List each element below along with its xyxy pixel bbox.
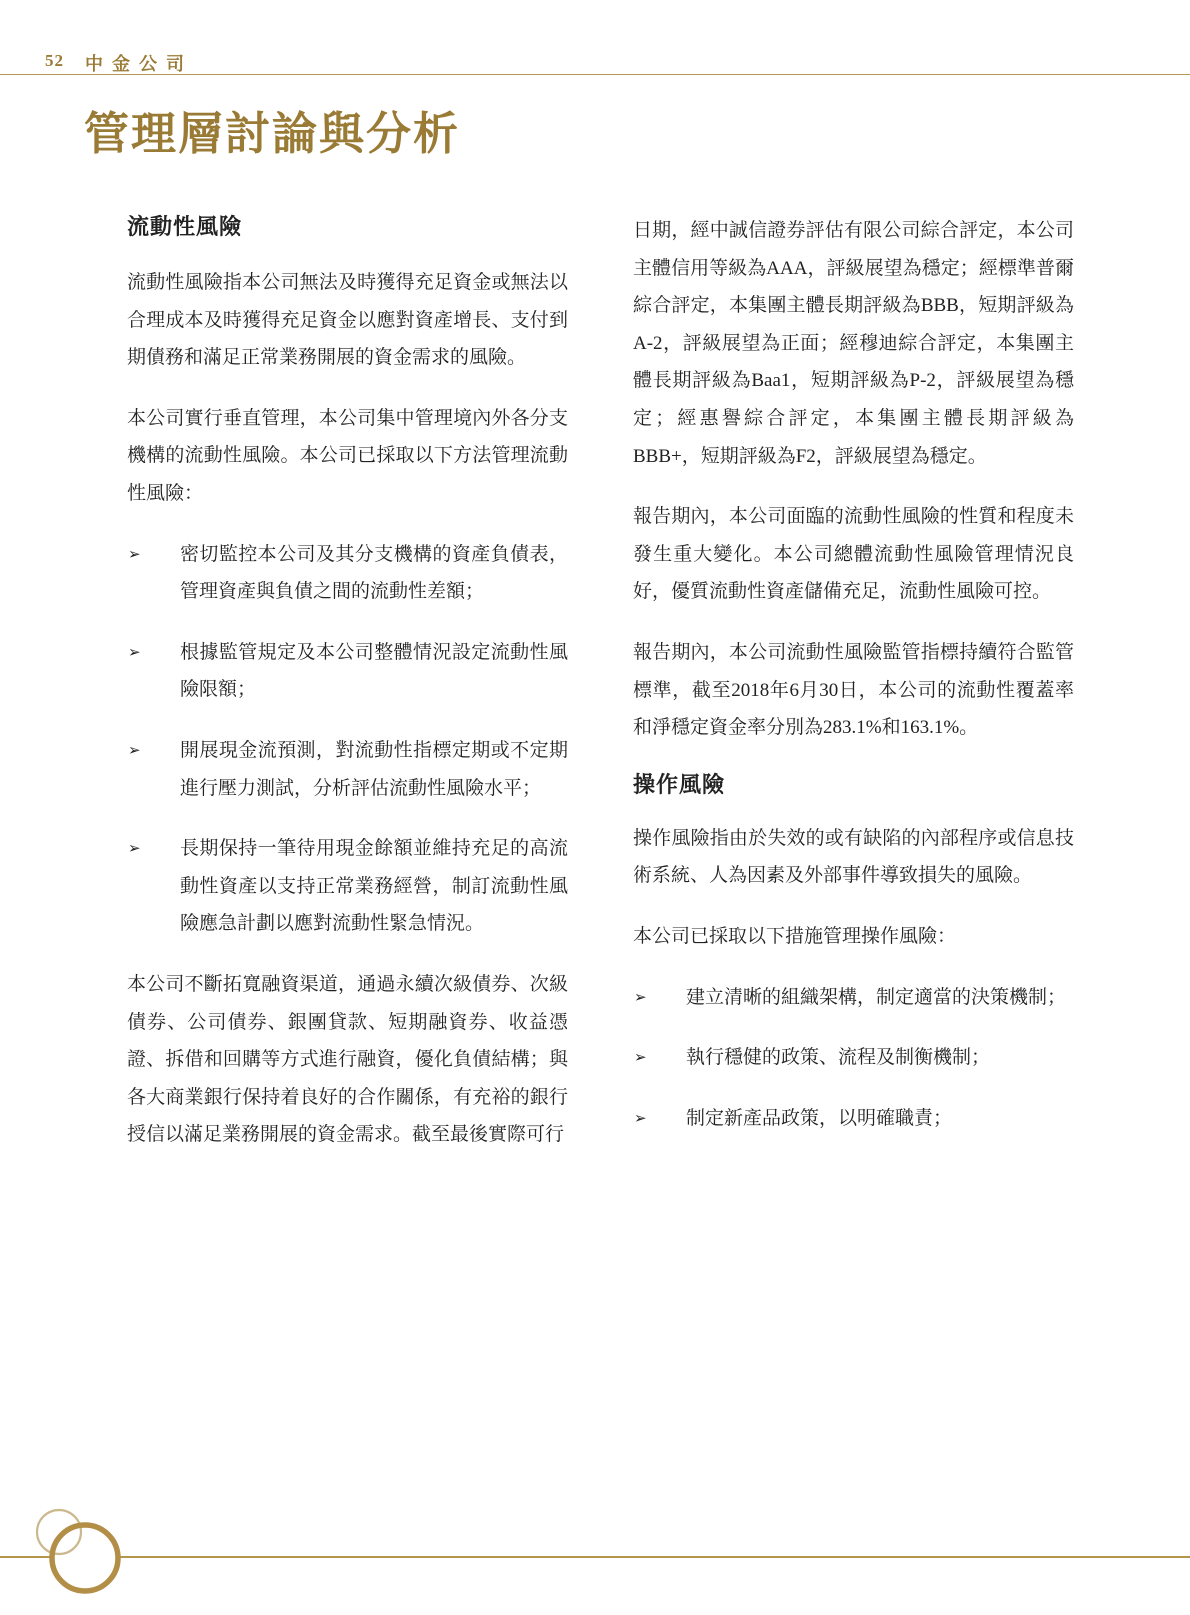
list-item: ➢ 密切監控本公司及其分支機構的資產負債表，管理資產與負債之間的流動性差額；: [127, 536, 568, 611]
arrow-bullet-icon: ➢: [634, 979, 647, 1017]
list-item: ➢ 根據監管規定及本公司整體情況設定流動性風險限額；: [127, 634, 568, 709]
paragraph: 本公司不斷拓寬融資渠道，通過永續次級債券、次級債券、公司債券、銀團貸款、短期融資…: [127, 966, 568, 1154]
list-item: ➢ 制定新產品政策，以明確職責；: [633, 1100, 1074, 1138]
paragraph: 本公司實行垂直管理，本公司集中管理境內外各分支機構的流動性風險。本公司已採取以下…: [127, 400, 568, 513]
arrow-bullet-icon: ➢: [128, 732, 141, 770]
arrow-bullet-icon: ➢: [128, 536, 141, 574]
paragraph: 報告期內，本公司面臨的流動性風險的性質和程度未發生重大變化。本公司總體流動性風險…: [633, 498, 1074, 611]
page-title: 管理層討論與分析: [84, 97, 460, 162]
list-item-text: 密切監控本公司及其分支機構的資產負債表，管理資產與負債之間的流動性差額；: [180, 536, 568, 611]
section-heading-operational-risk: 操作風險: [633, 770, 1074, 800]
list-item-text: 開展現金流預測，對流動性指標定期或不定期進行壓力測試，分析評估流動性風險水平；: [180, 732, 568, 807]
paragraph: 報告期內，本公司流動性風險監管指標持續符合監管標準，截至2018年6月30日，本…: [633, 634, 1074, 747]
list-item-text: 長期保持一筆待用現金餘額並維持充足的高流動性資產以支持正常業務經營，制訂流動性風…: [180, 830, 568, 943]
arrow-bullet-icon: ➢: [634, 1100, 647, 1138]
list-item-text: 建立清晰的組織架構，制定適當的決策機制；: [686, 979, 1074, 1017]
header-rule: [0, 74, 1190, 75]
list-item-text: 根據監管規定及本公司整體情況設定流動性風險限額；: [180, 634, 568, 709]
list-item: ➢ 長期保持一筆待用現金餘額並維持充足的高流動性資產以支持正常業務經營，制訂流動…: [127, 830, 568, 943]
decorative-circle-thick: [52, 1525, 118, 1591]
footer-decoration: [0, 1490, 1190, 1615]
page-number: 52: [45, 51, 64, 71]
paragraph: 流動性風險指本公司無法及時獲得充足資金或無法以合理成本及時獲得充足資金以應對資產…: [127, 264, 568, 377]
left-column: 流動性風險 流動性風險指本公司無法及時獲得充足資金或無法以合理成本及時獲得充足資…: [127, 212, 568, 1177]
arrow-bullet-icon: ➢: [128, 830, 141, 868]
paragraph: 本公司已採取以下措施管理操作風險：: [633, 918, 1074, 956]
list-item-text: 執行穩健的政策、流程及制衡機制；: [686, 1039, 1074, 1077]
paragraph: 操作風險指由於失效的或有缺陷的內部程序或信息技術系統、人為因素及外部事件導致損失…: [633, 820, 1074, 895]
list-item: ➢ 開展現金流預測，對流動性指標定期或不定期進行壓力測試，分析評估流動性風險水平…: [127, 732, 568, 807]
decorative-circle-light: [37, 1510, 81, 1554]
arrow-bullet-icon: ➢: [634, 1039, 647, 1077]
list-item: ➢ 建立清晰的組織架構，制定適當的決策機制；: [633, 979, 1074, 1017]
list-item: ➢ 執行穩健的政策、流程及制衡機制；: [633, 1039, 1074, 1077]
list-item-text: 制定新產品政策，以明確職責；: [686, 1100, 1074, 1138]
arrow-bullet-icon: ➢: [128, 634, 141, 672]
report-page: 52 中金公司 管理層討論與分析 流動性風險 流動性風險指本公司無法及時獲得充足…: [0, 0, 1190, 1615]
right-column: 日期，經中誠信證券評估有限公司綜合評定，本公司主體信用等級為AAA，評級展望為穩…: [633, 212, 1074, 1160]
section-heading-liquidity-risk: 流動性風險: [127, 212, 568, 242]
company-name: 中金公司: [85, 50, 193, 76]
paragraph: 日期，經中誠信證券評估有限公司綜合評定，本公司主體信用等級為AAA，評級展望為穩…: [633, 212, 1074, 475]
